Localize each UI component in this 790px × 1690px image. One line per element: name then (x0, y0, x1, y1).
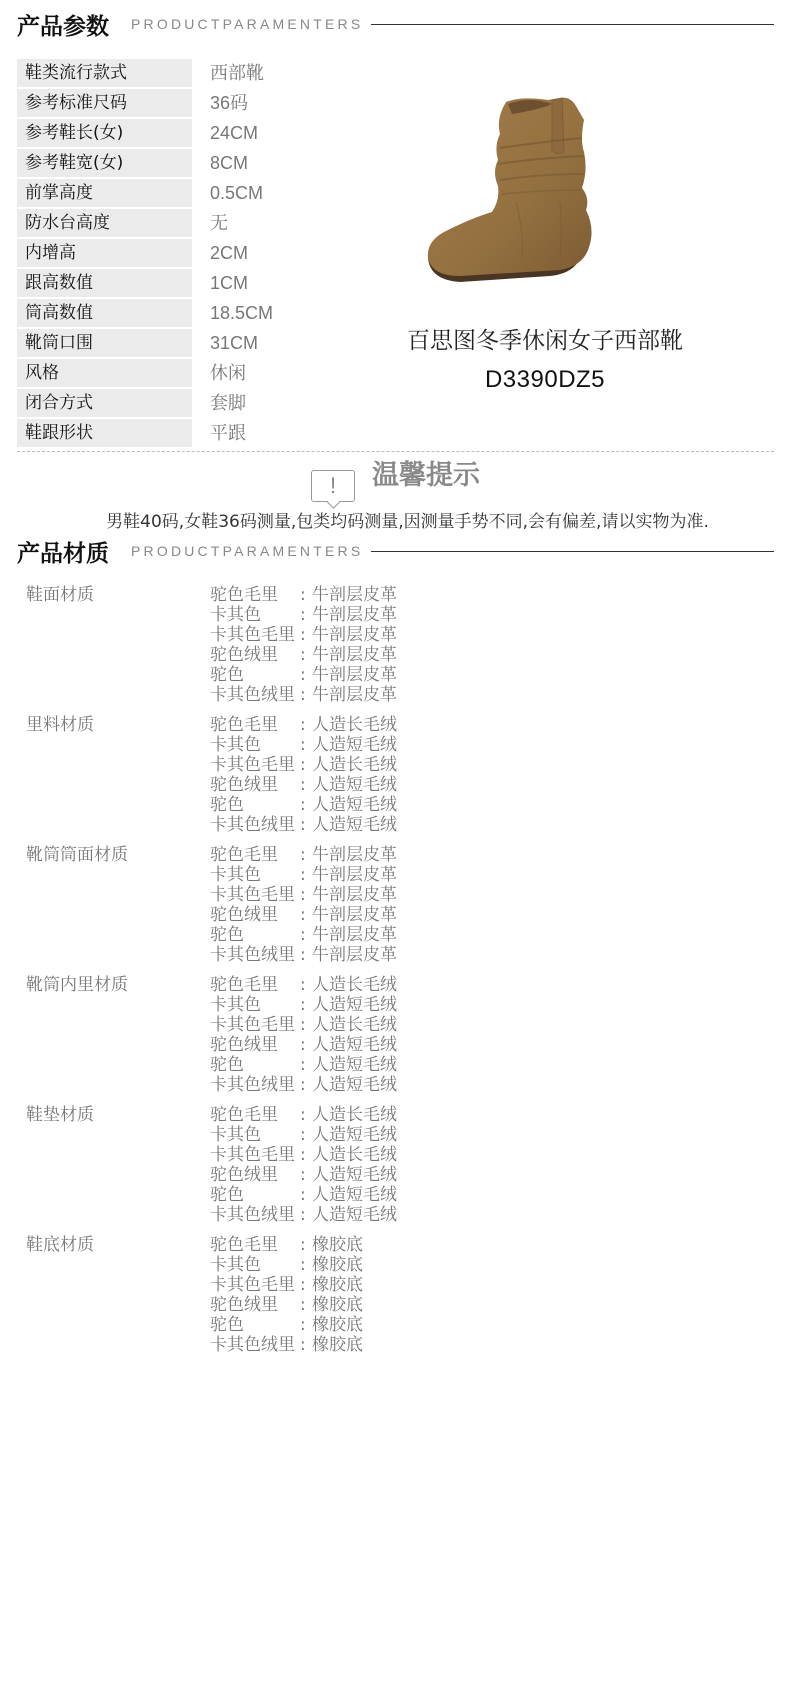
param-row: 内增高2CM (17, 239, 397, 267)
material-separator: : (300, 1145, 312, 1165)
material-separator: : (300, 945, 312, 965)
material-color: 驼色 (210, 1185, 300, 1205)
material-color: 卡其色毛里 (210, 885, 300, 905)
material-line: 驼色:橡胶底 (210, 1315, 363, 1335)
material-lines: 驼色毛里:人造长毛绒卡其色:人造短毛绒卡其色毛里:人造长毛绒驼色绒里:人造短毛绒… (210, 715, 397, 835)
material-line: 驼色毛里:牛剖层皮革 (210, 845, 397, 865)
material-value: 人造短毛绒 (312, 795, 397, 815)
material-line: 卡其色毛里:人造长毛绒 (210, 1145, 397, 1165)
material-separator: : (300, 1275, 312, 1295)
param-value: 平跟 (210, 419, 246, 447)
material-value: 人造短毛绒 (312, 815, 397, 835)
materials-section-header: 产品材质 PRODUCTPARAMENTERS (17, 535, 774, 567)
material-separator: : (300, 1335, 312, 1355)
param-row: 筒高数值18.5CM (17, 299, 397, 327)
param-label: 参考鞋宽(女) (17, 149, 192, 177)
material-value: 牛剖层皮革 (312, 865, 397, 885)
material-separator: : (300, 1185, 312, 1205)
param-value: 0.5CM (210, 179, 263, 207)
material-value: 牛剖层皮革 (312, 665, 397, 685)
material-line: 卡其色绒里:牛剖层皮革 (210, 685, 397, 705)
material-color: 卡其色毛里 (210, 1275, 300, 1295)
material-line: 卡其色毛里:牛剖层皮革 (210, 885, 397, 905)
material-value: 人造长毛绒 (312, 1105, 397, 1125)
material-value: 牛剖层皮革 (312, 905, 397, 925)
materials-list: 鞋面材质驼色毛里:牛剖层皮革卡其色:牛剖层皮革卡其色毛里:牛剖层皮革驼色绒里:牛… (0, 585, 790, 1365)
material-group: 里料材质驼色毛里:人造长毛绒卡其色:人造短毛绒卡其色毛里:人造长毛绒驼色绒里:人… (0, 715, 790, 845)
material-line: 卡其色毛里:橡胶底 (210, 1275, 363, 1295)
product-name: 百思图冬季休闲女子西部靴 (390, 322, 700, 355)
material-value: 人造短毛绒 (312, 1055, 397, 1075)
material-line: 驼色毛里:人造长毛绒 (210, 1105, 397, 1125)
material-value: 牛剖层皮革 (312, 605, 397, 625)
material-group-label: 靴筒内里材质 (26, 975, 128, 995)
material-color: 卡其色绒里 (210, 815, 300, 835)
material-separator: : (300, 925, 312, 945)
material-separator: : (300, 1255, 312, 1275)
material-separator: : (300, 1105, 312, 1125)
material-line: 卡其色绒里:牛剖层皮革 (210, 945, 397, 965)
param-label: 风格 (17, 359, 192, 387)
material-separator: : (300, 885, 312, 905)
material-color: 卡其色绒里 (210, 945, 300, 965)
material-separator: : (300, 1165, 312, 1185)
param-value: 西部靴 (210, 59, 264, 87)
material-separator: : (300, 815, 312, 835)
material-value: 人造短毛绒 (312, 1075, 397, 1095)
material-color: 卡其色绒里 (210, 1335, 300, 1355)
material-separator: : (300, 1035, 312, 1055)
material-color: 卡其色 (210, 1255, 300, 1275)
material-color: 驼色绒里 (210, 1295, 300, 1315)
material-value: 人造短毛绒 (312, 1035, 397, 1055)
material-value: 人造长毛绒 (312, 1145, 397, 1165)
material-value: 人造短毛绒 (312, 995, 397, 1015)
material-line: 卡其色毛里:牛剖层皮革 (210, 625, 397, 645)
material-line: 卡其色绒里:人造短毛绒 (210, 815, 397, 835)
material-value: 牛剖层皮革 (312, 585, 397, 605)
material-line: 卡其色:橡胶底 (210, 1255, 363, 1275)
material-value: 人造短毛绒 (312, 1185, 397, 1205)
material-group-label: 靴筒筒面材质 (26, 845, 128, 865)
material-lines: 驼色毛里:牛剖层皮革卡其色:牛剖层皮革卡其色毛里:牛剖层皮革驼色绒里:牛剖层皮革… (210, 845, 397, 965)
param-label: 前掌高度 (17, 179, 192, 207)
materials-section-subtitle: PRODUCTPARAMENTERS (131, 543, 363, 559)
param-row: 参考鞋长(女)24CM (17, 119, 397, 147)
material-color: 驼色绒里 (210, 1035, 300, 1055)
material-color: 卡其色毛里 (210, 1015, 300, 1035)
material-separator: : (300, 1315, 312, 1335)
material-value: 人造短毛绒 (312, 735, 397, 755)
material-separator: : (300, 735, 312, 755)
material-color: 驼色毛里 (210, 1105, 300, 1125)
param-value: 24CM (210, 119, 258, 147)
material-separator: : (300, 1125, 312, 1145)
material-group-label: 鞋底材质 (26, 1235, 94, 1255)
material-color: 卡其色绒里 (210, 1205, 300, 1225)
material-color: 卡其色绒里 (210, 1075, 300, 1095)
material-separator: : (300, 625, 312, 645)
material-line: 驼色:人造短毛绒 (210, 795, 397, 815)
param-row: 靴筒口围31CM (17, 329, 397, 357)
material-lines: 驼色毛里:人造长毛绒卡其色:人造短毛绒卡其色毛里:人造长毛绒驼色绒里:人造短毛绒… (210, 1105, 397, 1225)
material-value: 橡胶底 (312, 1255, 363, 1275)
product-code: D3390DZ5 (390, 366, 700, 394)
material-lines: 驼色毛里:橡胶底卡其色:橡胶底卡其色毛里:橡胶底驼色绒里:橡胶底驼色:橡胶底卡其… (210, 1235, 363, 1355)
material-separator: : (300, 795, 312, 815)
material-separator: : (300, 775, 312, 795)
param-value: 36码 (210, 89, 248, 117)
param-value: 31CM (210, 329, 258, 357)
material-color: 驼色绒里 (210, 645, 300, 665)
param-row: 防水台高度无 (17, 209, 397, 237)
material-line: 驼色毛里:人造长毛绒 (210, 715, 397, 735)
material-separator: : (300, 845, 312, 865)
material-line: 卡其色毛里:人造长毛绒 (210, 1015, 397, 1035)
material-color: 卡其色 (210, 995, 300, 1015)
material-separator: : (300, 605, 312, 625)
param-row: 前掌高度0.5CM (17, 179, 397, 207)
material-color: 卡其色 (210, 605, 300, 625)
params-section-header: 产品参数 PRODUCTPARAMENTERS (17, 8, 774, 40)
param-value: 无 (210, 209, 228, 237)
material-value: 橡胶底 (312, 1335, 363, 1355)
param-label: 筒高数值 (17, 299, 192, 327)
material-separator: : (300, 715, 312, 735)
param-value: 18.5CM (210, 299, 273, 327)
dashed-divider (17, 451, 774, 452)
material-color: 驼色 (210, 665, 300, 685)
material-color: 驼色绒里 (210, 905, 300, 925)
boot-illustration (420, 90, 600, 290)
material-line: 驼色绒里:人造短毛绒 (210, 775, 397, 795)
param-value: 休闲 (210, 359, 246, 387)
material-value: 人造长毛绒 (312, 1015, 397, 1035)
material-color: 卡其色绒里 (210, 685, 300, 705)
params-table: 鞋类流行款式西部靴 参考标准尺码36码 参考鞋长(女)24CM 参考鞋宽(女)8… (17, 59, 397, 449)
product-image (420, 90, 600, 290)
tip-text: 男鞋40码,女鞋36码测量,包类均码测量,因测量手势不同,会有偏差,请以实物为准… (0, 507, 790, 532)
material-color: 卡其色毛里 (210, 625, 300, 645)
material-separator: : (300, 1075, 312, 1095)
material-group-label: 鞋垫材质 (26, 1105, 94, 1125)
material-separator: : (300, 665, 312, 685)
header-rule (371, 24, 774, 25)
material-value: 人造长毛绒 (312, 755, 397, 775)
material-color: 驼色毛里 (210, 845, 300, 865)
material-group-label: 里料材质 (26, 715, 94, 735)
material-value: 牛剖层皮革 (312, 845, 397, 865)
param-row: 风格休闲 (17, 359, 397, 387)
material-line: 驼色绒里:牛剖层皮革 (210, 905, 397, 925)
material-line: 卡其色绒里:橡胶底 (210, 1335, 363, 1355)
material-separator: : (300, 975, 312, 995)
material-color: 卡其色毛里 (210, 755, 300, 775)
tip-title: 温馨提示 (372, 453, 480, 492)
material-value: 牛剖层皮革 (312, 925, 397, 945)
param-row: 跟高数值1CM (17, 269, 397, 297)
param-label: 参考鞋长(女) (17, 119, 192, 147)
material-line: 卡其色:牛剖层皮革 (210, 865, 397, 885)
material-line: 驼色毛里:橡胶底 (210, 1235, 363, 1255)
material-separator: : (300, 995, 312, 1015)
param-value: 8CM (210, 149, 248, 177)
material-group: 鞋面材质驼色毛里:牛剖层皮革卡其色:牛剖层皮革卡其色毛里:牛剖层皮革驼色绒里:牛… (0, 585, 790, 715)
material-line: 驼色:牛剖层皮革 (210, 925, 397, 945)
material-color: 卡其色 (210, 865, 300, 885)
material-value: 橡胶底 (312, 1235, 363, 1255)
material-color: 驼色毛里 (210, 585, 300, 605)
material-line: 驼色绒里:人造短毛绒 (210, 1035, 397, 1055)
material-color: 驼色绒里 (210, 775, 300, 795)
material-line: 卡其色:人造短毛绒 (210, 995, 397, 1015)
material-separator: : (300, 1055, 312, 1075)
material-separator: : (300, 645, 312, 665)
material-color: 驼色 (210, 925, 300, 945)
material-line: 驼色绒里:人造短毛绒 (210, 1165, 397, 1185)
param-label: 跟高数值 (17, 269, 192, 297)
material-value: 牛剖层皮革 (312, 685, 397, 705)
material-value: 牛剖层皮革 (312, 625, 397, 645)
material-line: 驼色绒里:橡胶底 (210, 1295, 363, 1315)
params-section-title: 产品参数 (17, 8, 109, 41)
material-separator: : (300, 755, 312, 775)
param-label: 内增高 (17, 239, 192, 267)
material-line: 驼色绒里:牛剖层皮革 (210, 645, 397, 665)
material-value: 人造长毛绒 (312, 975, 397, 995)
param-label: 靴筒口围 (17, 329, 192, 357)
param-label: 防水台高度 (17, 209, 192, 237)
params-section-subtitle: PRODUCTPARAMENTERS (131, 16, 363, 32)
material-value: 人造长毛绒 (312, 715, 397, 735)
material-line: 卡其色绒里:人造短毛绒 (210, 1075, 397, 1095)
material-line: 卡其色绒里:人造短毛绒 (210, 1205, 397, 1225)
material-value: 橡胶底 (312, 1315, 363, 1335)
param-label: 参考标准尺码 (17, 89, 192, 117)
material-value: 牛剖层皮革 (312, 945, 397, 965)
material-value: 人造短毛绒 (312, 1125, 397, 1145)
material-lines: 驼色毛里:人造长毛绒卡其色:人造短毛绒卡其色毛里:人造长毛绒驼色绒里:人造短毛绒… (210, 975, 397, 1095)
material-group: 靴筒内里材质驼色毛里:人造长毛绒卡其色:人造短毛绒卡其色毛里:人造长毛绒驼色绒里… (0, 975, 790, 1105)
material-line: 卡其色:人造短毛绒 (210, 1125, 397, 1145)
material-value: 牛剖层皮革 (312, 885, 397, 905)
material-lines: 驼色毛里:牛剖层皮革卡其色:牛剖层皮革卡其色毛里:牛剖层皮革驼色绒里:牛剖层皮革… (210, 585, 397, 705)
material-line: 卡其色:牛剖层皮革 (210, 605, 397, 625)
material-separator: : (300, 905, 312, 925)
param-row: 鞋跟形状平跟 (17, 419, 397, 447)
material-value: 橡胶底 (312, 1295, 363, 1315)
material-value: 人造短毛绒 (312, 1205, 397, 1225)
material-line: 驼色毛里:人造长毛绒 (210, 975, 397, 995)
material-color: 驼色 (210, 1055, 300, 1075)
material-line: 驼色:人造短毛绒 (210, 1185, 397, 1205)
material-group-label: 鞋面材质 (26, 585, 94, 605)
material-color: 驼色 (210, 795, 300, 815)
material-group: 鞋垫材质驼色毛里:人造长毛绒卡其色:人造短毛绒卡其色毛里:人造长毛绒驼色绒里:人… (0, 1105, 790, 1235)
param-row: 参考鞋宽(女)8CM (17, 149, 397, 177)
param-row: 鞋类流行款式西部靴 (17, 59, 397, 87)
material-line: 驼色:人造短毛绒 (210, 1055, 397, 1075)
material-value: 人造短毛绒 (312, 1165, 397, 1185)
param-value: 套脚 (210, 389, 246, 417)
material-separator: : (300, 1205, 312, 1225)
material-color: 驼色 (210, 1315, 300, 1335)
material-separator: : (300, 585, 312, 605)
material-color: 驼色毛里 (210, 715, 300, 735)
material-line: 驼色:牛剖层皮革 (210, 665, 397, 685)
material-separator: : (300, 1235, 312, 1255)
material-color: 驼色绒里 (210, 1165, 300, 1185)
material-color: 驼色毛里 (210, 975, 300, 995)
material-separator: : (300, 865, 312, 885)
param-label: 闭合方式 (17, 389, 192, 417)
material-value: 橡胶底 (312, 1275, 363, 1295)
materials-section-title: 产品材质 (17, 535, 109, 568)
material-color: 驼色毛里 (210, 1235, 300, 1255)
material-separator: : (300, 1015, 312, 1035)
param-label: 鞋类流行款式 (17, 59, 192, 87)
material-value: 牛剖层皮革 (312, 645, 397, 665)
param-label: 鞋跟形状 (17, 419, 192, 447)
material-color: 卡其色 (210, 735, 300, 755)
material-separator: : (300, 685, 312, 705)
header-rule (371, 551, 774, 552)
material-value: 人造短毛绒 (312, 775, 397, 795)
material-line: 卡其色毛里:人造长毛绒 (210, 755, 397, 775)
material-separator: : (300, 1295, 312, 1315)
exclamation-speech-bubble-icon: ! (311, 470, 355, 502)
material-group: 鞋底材质驼色毛里:橡胶底卡其色:橡胶底卡其色毛里:橡胶底驼色绒里:橡胶底驼色:橡… (0, 1235, 790, 1365)
param-value: 2CM (210, 239, 248, 267)
material-color: 卡其色毛里 (210, 1145, 300, 1165)
material-line: 卡其色:人造短毛绒 (210, 735, 397, 755)
param-row: 闭合方式套脚 (17, 389, 397, 417)
param-row: 参考标准尺码36码 (17, 89, 397, 117)
material-group: 靴筒筒面材质驼色毛里:牛剖层皮革卡其色:牛剖层皮革卡其色毛里:牛剖层皮革驼色绒里… (0, 845, 790, 975)
material-line: 驼色毛里:牛剖层皮革 (210, 585, 397, 605)
material-color: 卡其色 (210, 1125, 300, 1145)
param-value: 1CM (210, 269, 248, 297)
